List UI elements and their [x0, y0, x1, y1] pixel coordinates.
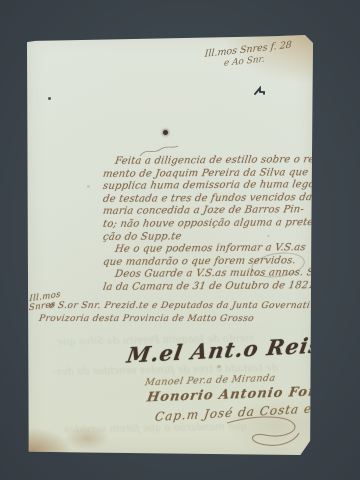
- foxing-spot: [87, 185, 90, 188]
- letter-body-line: la da Camara de 31 de Outubro de 1821.: [102, 280, 316, 294]
- letter-body-line: Feita a diligencia de estillo sobre o re…: [114, 154, 316, 168]
- ink-blot: [163, 130, 168, 135]
- letter-body-line: to; não houve opposição alguma a preten-: [102, 217, 316, 231]
- ink-blot-mark: [253, 83, 267, 97]
- signature-rubric-flourish: [223, 413, 303, 451]
- address-line-2: Provizoria desta Provincia de Matto Gros…: [38, 314, 255, 324]
- paper-sheet: Ill.mos Snres f. 28 e Ao Snr. mento de J…: [27, 35, 313, 455]
- address-line-1: e S.or Snr. Prezid.te e Deputados da Jun…: [48, 301, 322, 311]
- ink-dot: [48, 97, 51, 100]
- docket-annotation: Ill.mos Snres f. 28 e Ao Snr.: [204, 37, 316, 70]
- document-photo: Ill.mos Snres f. 28 e Ao Snr. mento de J…: [0, 0, 360, 480]
